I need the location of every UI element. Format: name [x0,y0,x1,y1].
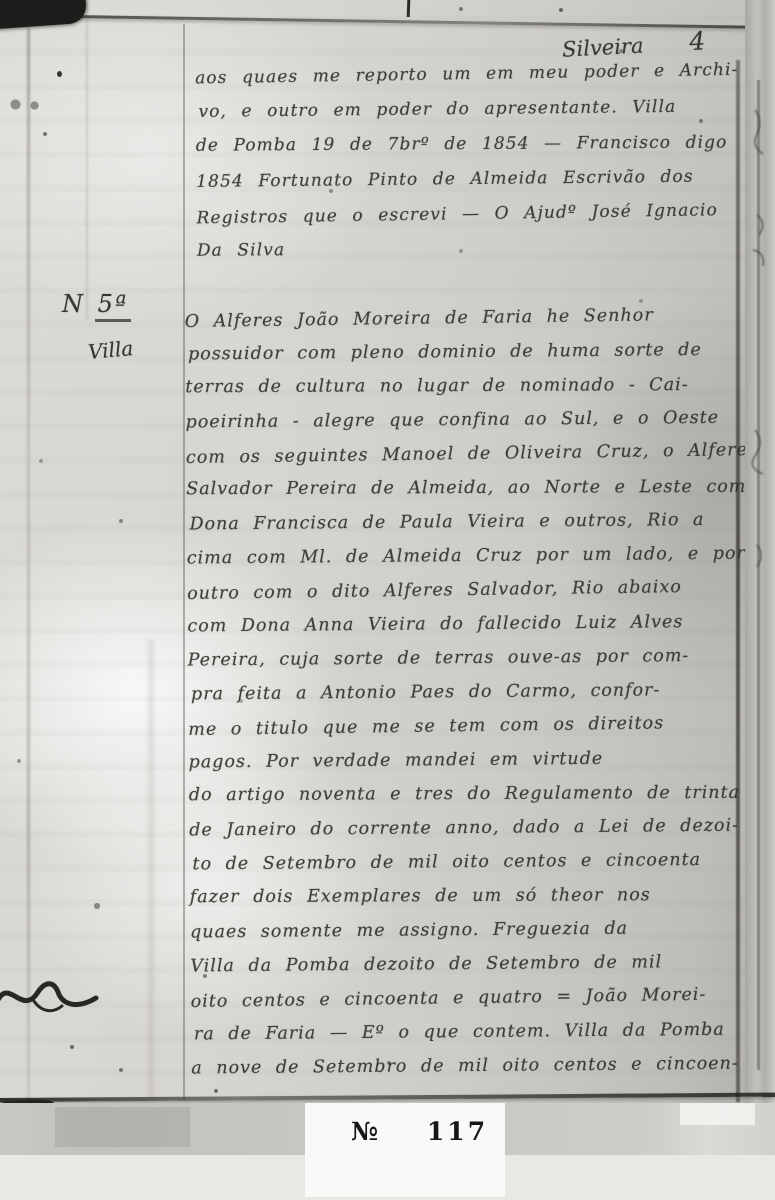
page-right-edge [736,60,740,1102]
bleedthrough-ink-marks [747,0,775,700]
margin-rule-line [183,24,185,1100]
manuscript-line: com Dona Anna Vieira do fallecido Luiz A… [187,605,753,644]
manuscript-line: ra de Faria — Eº o que contem. Villa da … [194,1012,760,1051]
manuscript-line: do artigo noventa e tres do Regulamento … [189,776,755,812]
margin-entry: N 5ª Villa [62,290,133,362]
binding-fold-crease [27,28,30,1100]
ink-blot-flourish [0,968,107,1023]
numero-sign: № [351,1117,378,1146]
underpage-band-left [0,1103,305,1155]
paper-crease [148,640,154,1100]
manuscript-line: Registros que o escrevi — O Ajudº José I… [196,193,752,237]
entry-number-prefix: N [62,290,85,318]
manuscript-line: to de Setembro de mil oito centos e cinc… [192,842,758,881]
ink-tick-mark [407,0,411,17]
record-text-block: O Alferes João Moreira de Faria he Senho… [185,299,758,1086]
entry-number: N 5ª [62,290,133,318]
paper-speckles [0,0,2,2]
manuscript-line: pagos. Por verdade mandei em virtude [188,741,754,780]
manuscript-line: de Pomba 19 de 7brº de 1854 — Francisco … [196,125,752,163]
underpage-band-right [505,1103,775,1155]
manuscript-line: com os seguintes Manoel de Oliveira Cruz… [186,433,752,475]
manuscript-line: possuidor com pleno dominio de huma sort… [188,333,754,372]
ink-speck [57,71,62,77]
closing-text-block: aos quaes me reporto um em meu poder e A… [195,54,753,270]
manuscript-line: vo, e outro em poder do apresentante. Vi… [198,89,754,130]
scan-background: № 117 [0,1103,775,1200]
entry-number-value: 5ª [95,290,132,322]
stamp-number: 117 [427,1117,488,1146]
stamp-text: № 117 [305,1103,505,1146]
manuscript-line: Dona Francisca de Paula Vieira e outros,… [189,503,755,542]
paper-blemish [10,99,21,110]
manuscript-line: terras de cultura no lugar de nominado -… [185,368,751,404]
paper-crease [86,0,88,320]
folio-number: 4 [689,26,706,56]
manuscript-line: Pereira, cuja sorte de terras ouve-as po… [188,639,754,678]
manuscript-line: Salvador Pereira de Almeida, ao Norte e … [186,470,752,506]
manuscript-line: Da Silva [197,230,753,268]
manuscript-line: fazer dois Exemplares de um só theor nos [190,878,756,914]
page-number-stamp: № 117 [305,1103,505,1197]
manuscript-line: a nove de Setembro de mil oito centos e … [191,1047,757,1086]
paper-blemish [30,101,39,110]
entry-label: Villa [87,336,134,364]
manuscript-line: quaes somente me assigno. Freguezia da [190,911,756,950]
scanned-register-page: Silveira4 aos quaes me reporto um em meu… [0,0,775,1200]
manuscript-line: de Janeiro do corrente anno, dado a Lei … [189,809,755,848]
